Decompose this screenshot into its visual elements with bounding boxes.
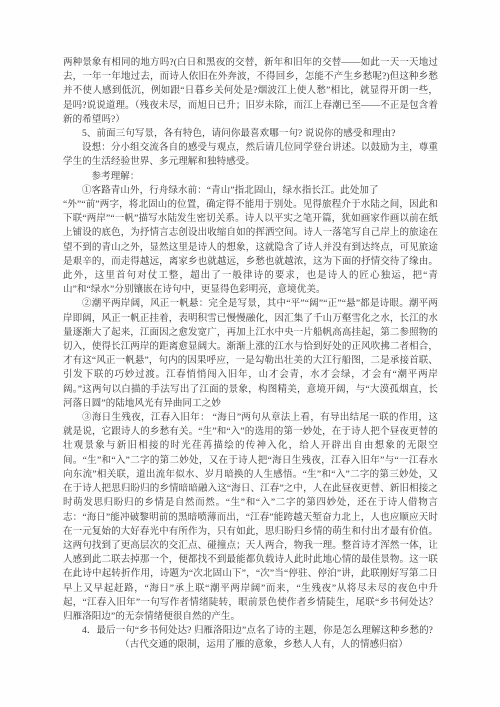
document-scan-page: 两种景象有相同的地方吗?(白日和黑夜的交替，新年和旧年的交替——如此一天一天地过… bbox=[0, 0, 500, 707]
paragraph: ②潮平两岸阔，风正一帆悬：完全是写景，其中“平”“阔”“正”“悬”都是诗眼。潮平… bbox=[63, 297, 438, 411]
paragraph: 设想：分小组交流各自的感受与观点，然后请几位同学登台讲述。以鼓励为主，尊重学生的… bbox=[63, 141, 438, 169]
paragraph: （古代交通的限制，运用了雁的意象，乡愁人人有，人的情感归宿） bbox=[63, 638, 438, 652]
paragraph: 5、前面三句写景，各有特色，请问你最喜欢哪一句? 说说你的感受和理由? bbox=[63, 127, 438, 141]
paragraph: ①客路青山外，行舟绿水前：“青山”指北固山，绿水指长江。此处加了 bbox=[63, 184, 438, 198]
document-body: 两种景象有相同的地方吗?(白日和黑夜的交替，新年和旧年的交替——如此一天一天地过… bbox=[63, 56, 438, 653]
paragraph: 4．最后一句“乡书何处达? 归雁洛阳边”点名了诗的主题，你是怎么理解这种乡愁的? bbox=[63, 624, 438, 638]
paragraph: 参考理解： bbox=[63, 170, 438, 184]
paragraph: 两种景象有相同的地方吗?(白日和黑夜的交替，新年和旧年的交替——如此一天一天地过… bbox=[63, 56, 438, 127]
paragraph: “外”“前”两字，将北固山的位置，确定得不能用于别处。见得旅程介于水陆之间，因此… bbox=[63, 198, 438, 297]
paragraph: ③海日生残夜，江春入旧年： “海日”两句从章法上看，有导出结尾一联的作用，这就是… bbox=[63, 411, 438, 624]
